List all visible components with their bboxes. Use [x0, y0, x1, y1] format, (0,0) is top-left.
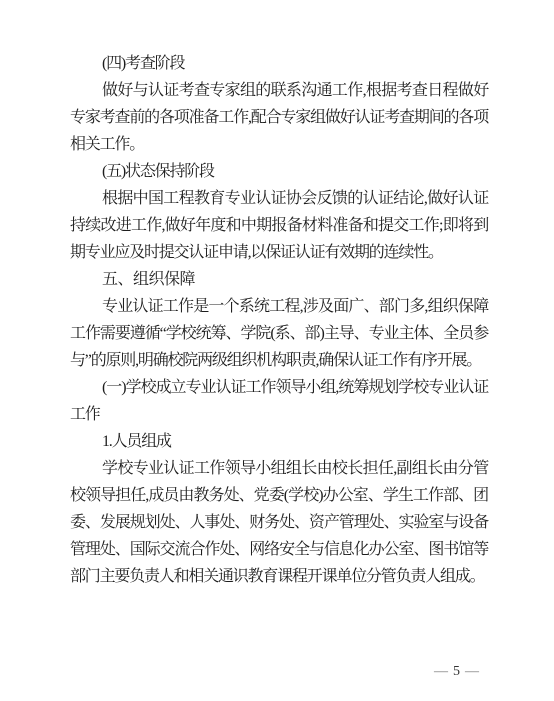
page-number: 5	[453, 664, 460, 679]
heading-personnel-composition: 1.人员组成	[70, 428, 488, 455]
paragraph-stage-5-status-maintenance: 根据中国工程教育专业认证协会反馈的认证结论,做好认证持续改进工作,做好年度和中期…	[70, 185, 488, 266]
page-number-dash-right: —	[460, 664, 484, 679]
document-content: (四)考查阶段 做好与认证考查专家组的联系沟通工作,根据考查日程做好专家考查前的…	[70, 50, 488, 590]
heading-section-5-organizational-support: 五、组织保障	[70, 266, 488, 293]
document-page: (四)考查阶段 做好与认证考查专家组的联系沟通工作,根据考查日程做好专家考查前的…	[0, 0, 554, 701]
heading-stage-4-inspection: (四)考查阶段	[70, 50, 488, 77]
heading-subsection-1-leading-group: (一)学校成立专业认证工作领导小组,统筹规划学校专业认证工作	[70, 374, 488, 428]
paragraph-organizational-support: 专业认证工作是一个系统工程,涉及面广、部门多,组织保障工作需要遵循“学校统筹、学…	[70, 293, 488, 374]
page-footer: —5—	[429, 665, 484, 679]
heading-stage-5-status-maintenance: (五)状态保持阶段	[70, 158, 488, 185]
page-number-dash-left: —	[429, 664, 453, 679]
paragraph-stage-4-inspection: 做好与认证考查专家组的联系沟通工作,根据考查日程做好专家考查前的各项准备工作,配…	[70, 77, 488, 158]
paragraph-personnel-composition: 学校专业认证工作领导小组组长由校长担任,副组长由分管校领导担任,成员由教务处、党…	[70, 455, 488, 590]
